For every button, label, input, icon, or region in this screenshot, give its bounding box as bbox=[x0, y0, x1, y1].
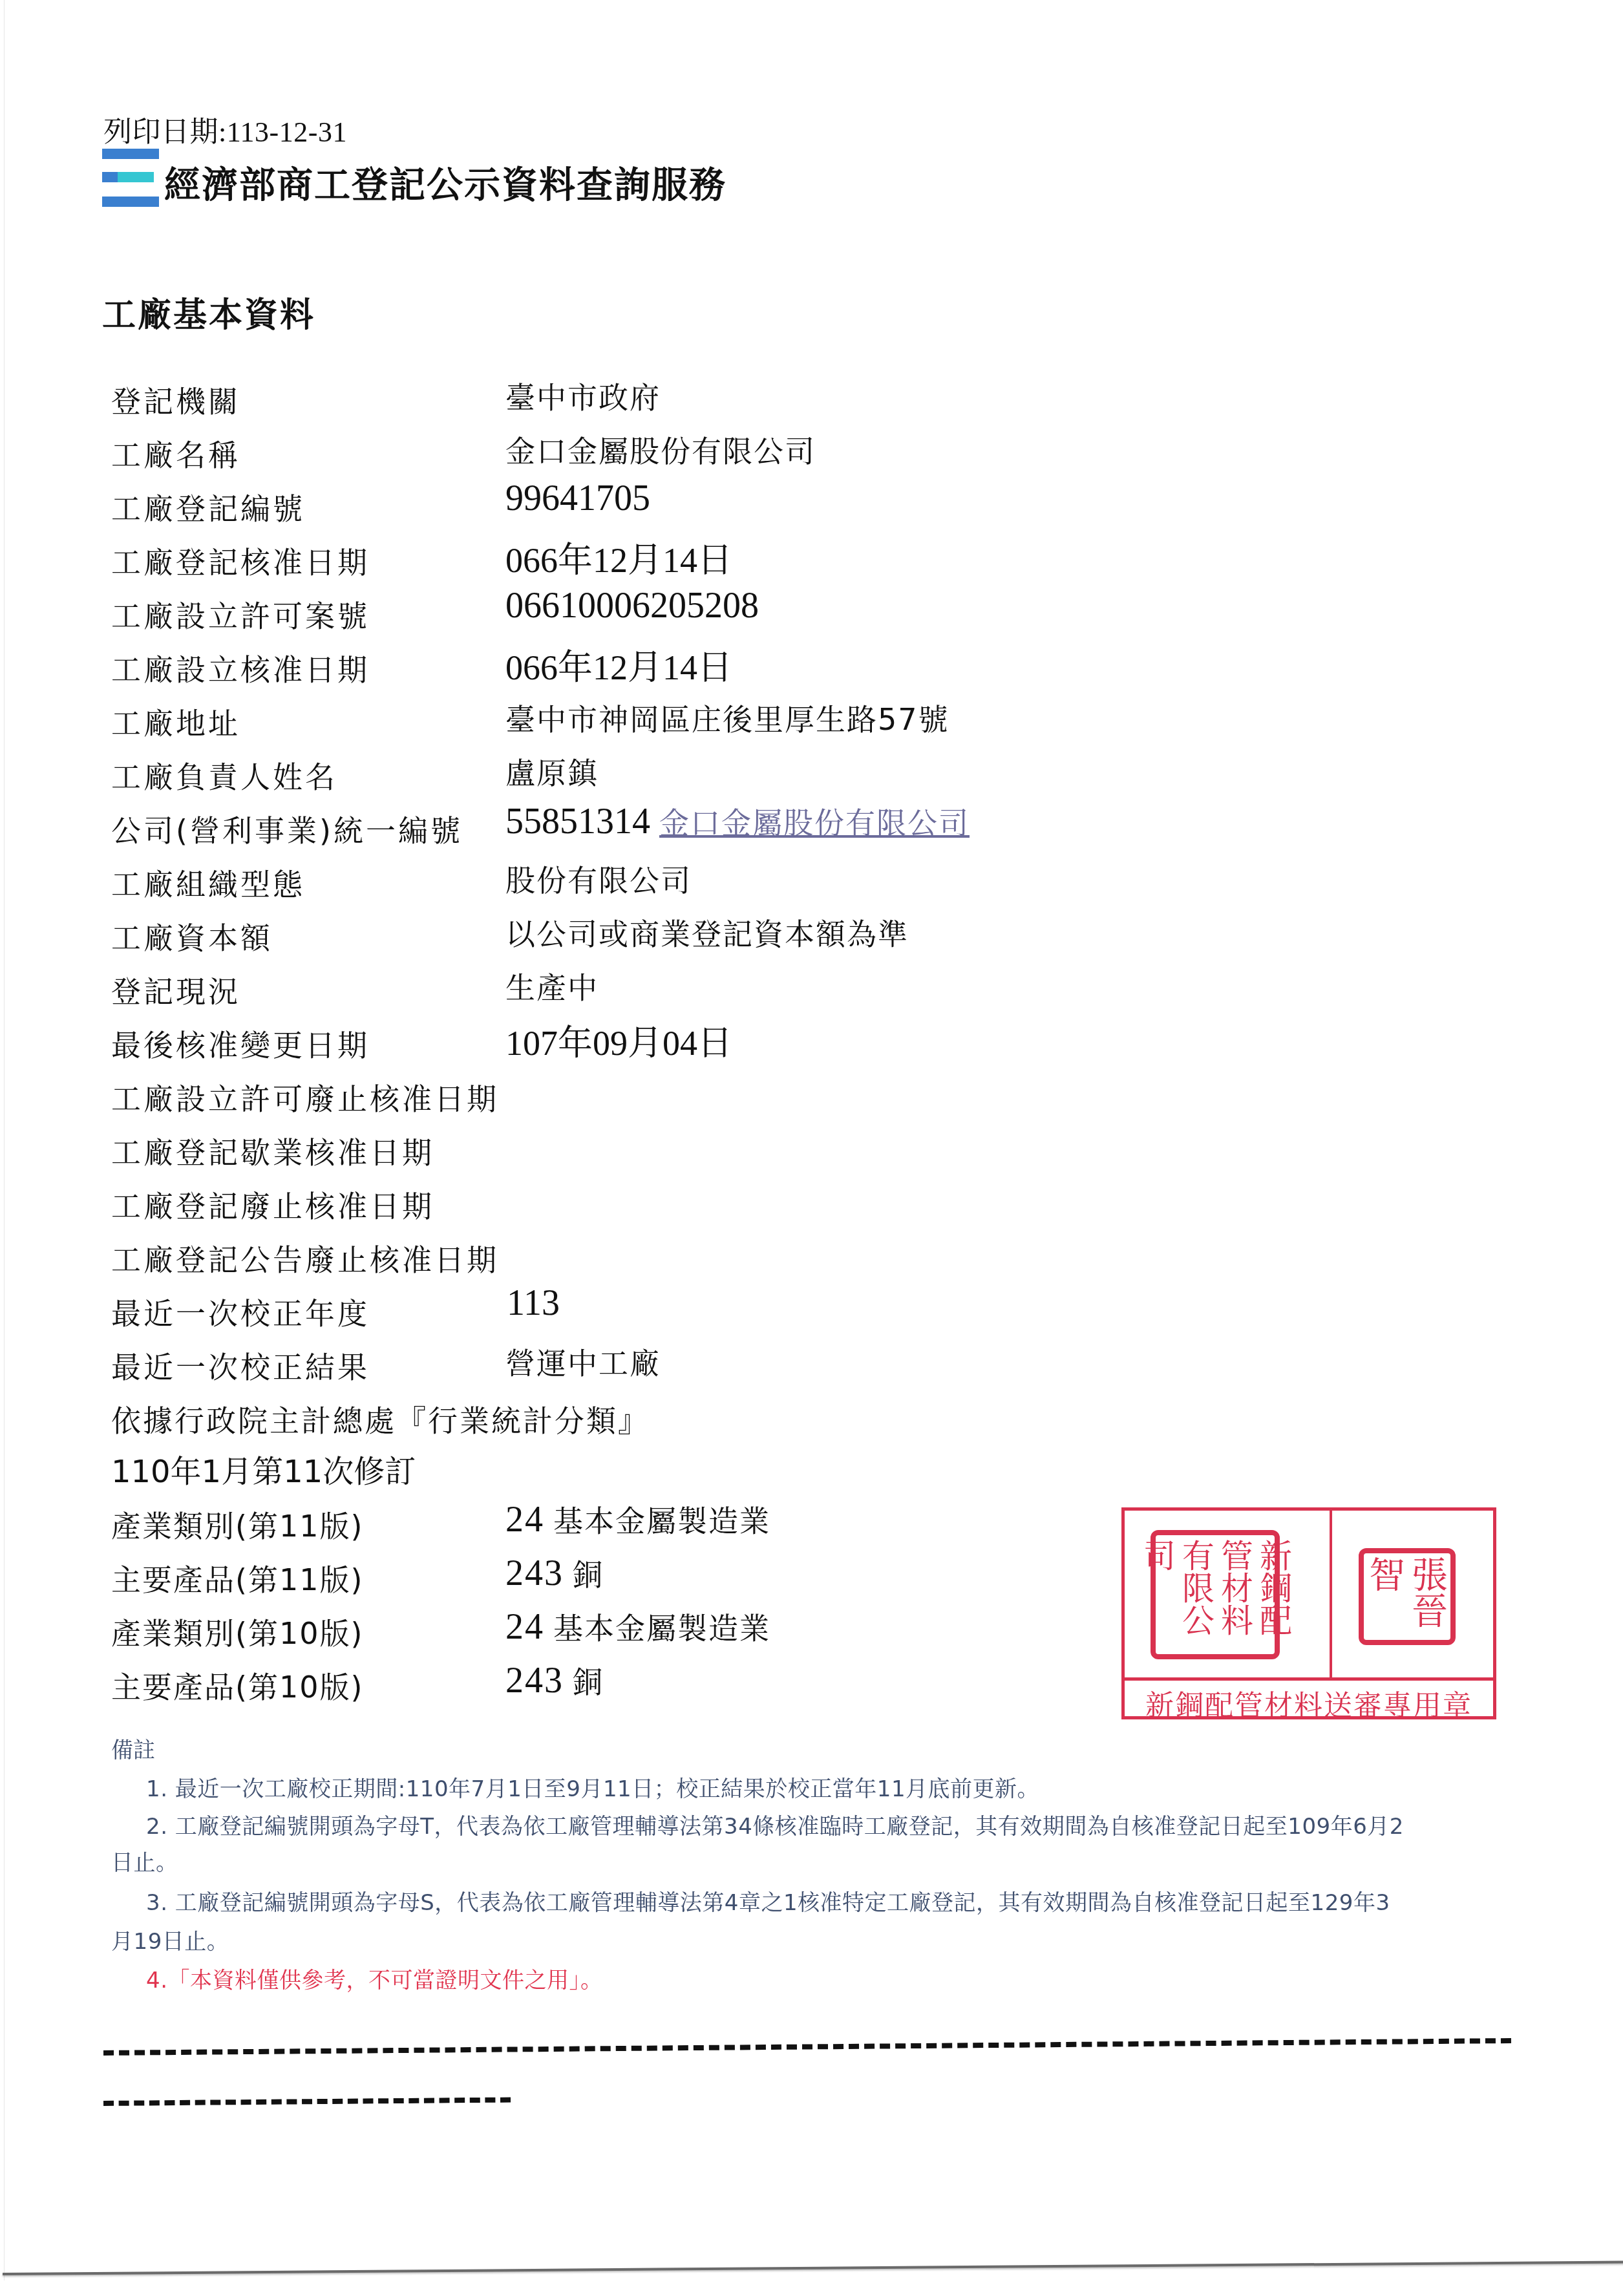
industry-label: 產業類別(第11版) bbox=[111, 1503, 363, 1546]
field-label: 工廠登記編號 bbox=[111, 485, 305, 528]
field-row-latest-calibration-year: 最近一次校正年度 113 bbox=[111, 1290, 1145, 1344]
field-row-last-change-date: 最後核准變更日期 107年09月04日 bbox=[111, 1022, 1145, 1076]
industry-label: 產業類別(第10版) bbox=[111, 1610, 363, 1653]
field-label: 工廠設立許可案號 bbox=[111, 593, 370, 635]
industry-label: 主要產品(第11版) bbox=[111, 1557, 363, 1599]
industry-code: 24 bbox=[505, 1607, 544, 1647]
industry-row: 主要產品(第11版) 243銅 bbox=[111, 1557, 1145, 1610]
logo-bar bbox=[102, 197, 159, 207]
field-label: 工廠地址 bbox=[111, 700, 240, 743]
field-value: 06610006205208 bbox=[505, 585, 759, 626]
field-value: 臺中市政府 bbox=[505, 374, 661, 417]
field-label: 最近一次校正年度 bbox=[111, 1290, 370, 1333]
field-label: 最後核准變更日期 bbox=[111, 1022, 370, 1065]
classification-revision: 110年1月第11次修訂 bbox=[111, 1447, 416, 1491]
field-label: 工廠名稱 bbox=[111, 432, 240, 474]
field-label: 登記現況 bbox=[111, 968, 240, 1011]
field-label: 工廠資本額 bbox=[111, 915, 273, 957]
red-review-stamp: 新鋼配管材料有限公司 張晉智 新鋼配管材料送審專用章 bbox=[1121, 1507, 1496, 1719]
industry-name: 銅 bbox=[573, 1557, 604, 1592]
field-value: 066年12月14日 bbox=[505, 533, 732, 582]
section-title: 工廠基本資料 bbox=[102, 288, 315, 336]
industry-label: 主要產品(第10版) bbox=[111, 1664, 363, 1706]
field-label: 工廠登記歇業核准日期 bbox=[111, 1129, 434, 1172]
field-value: 生產中 bbox=[505, 964, 599, 1007]
field-row-permit-number: 工廠設立許可案號 06610006205208 bbox=[111, 593, 1145, 646]
industry-name: 銅 bbox=[573, 1664, 604, 1699]
industry-name: 基本金屬製造業 bbox=[553, 1504, 770, 1538]
field-row-capital: 工廠資本額 以公司或商業登記資本額為準 bbox=[111, 915, 1145, 968]
industry-value: 24基本金屬製造業 bbox=[505, 1498, 770, 1540]
field-row-latest-calibration-result: 最近一次校正結果 營運中工廠 bbox=[111, 1344, 1145, 1398]
field-value: 以公司或商業登記資本額為準 bbox=[505, 911, 909, 953]
field-value: 066年12月14日 bbox=[505, 640, 732, 690]
field-row-unified-business-number: 公司(營利事業)統一編號 55851314金口金屬股份有限公司 bbox=[111, 807, 1145, 861]
industry-code: 24 bbox=[505, 1500, 544, 1540]
industry-row: 產業類別(第11版) 24基本金屬製造業 bbox=[111, 1503, 1145, 1557]
remark-item: 3. 工廠登記編號開頭為字母S，代表為依工廠管理輔導法第4章之1核准特定工廠登記… bbox=[146, 1885, 1390, 1917]
remark-item: 1. 最近一次工廠校正期間:110年7月1日至9月11日；校正結果於校正當年11… bbox=[146, 1771, 1039, 1803]
field-row-registration-authority: 登記機關 臺中市政府 bbox=[111, 378, 1145, 432]
field-label: 工廠登記核准日期 bbox=[111, 539, 370, 582]
industry-code: 243 bbox=[505, 1553, 564, 1593]
remark-item: 2. 工廠登記編號開頭為字母T，代表為依工廠管理輔導法第34條核准臨時工廠登記，… bbox=[146, 1809, 1404, 1840]
field-row-public-revocation-date: 工廠登記公告廢止核准日期 bbox=[111, 1237, 1145, 1290]
field-value: 107年09月04日 bbox=[505, 1015, 732, 1065]
field-row-registration-status: 登記現況 生產中 bbox=[111, 968, 1145, 1022]
moea-logo-icon bbox=[102, 147, 134, 209]
logo-bar bbox=[102, 172, 154, 182]
print-date: 列印日期:113-12-31 bbox=[103, 109, 347, 150]
field-row-revocation-date: 工廠登記廢止核准日期 bbox=[111, 1183, 1145, 1237]
field-label: 工廠負責人姓名 bbox=[111, 754, 337, 796]
personal-seal: 張晉智 bbox=[1359, 1548, 1456, 1645]
field-row-closure-date: 工廠登記歇業核准日期 bbox=[111, 1129, 1145, 1183]
field-label: 工廠組織型態 bbox=[111, 861, 305, 904]
industry-value: 243銅 bbox=[505, 1659, 604, 1701]
site-title: 經濟部商工登記公示資料查詢服務 bbox=[164, 156, 727, 208]
field-label: 登記機關 bbox=[111, 378, 240, 421]
page-bottom-edge bbox=[3, 2261, 1623, 2275]
industry-value: 243銅 bbox=[505, 1551, 604, 1594]
remark-item-continuation: 日止。 bbox=[111, 1845, 178, 1876]
page-edge bbox=[0, 0, 5, 2280]
dashed-separator bbox=[103, 2098, 511, 2106]
stamp-divider bbox=[1330, 1511, 1332, 1677]
field-row-permit-revocation-date: 工廠設立許可廢止核准日期 bbox=[111, 1076, 1145, 1129]
field-row-establishment-approval-date: 工廠設立核准日期 066年12月14日 bbox=[111, 646, 1145, 700]
field-label: 工廠設立許可廢止核准日期 bbox=[111, 1076, 499, 1118]
unified-number: 55851314 bbox=[505, 802, 650, 842]
field-label: 最近一次校正結果 bbox=[111, 1344, 370, 1387]
classification-source: 依據行政院主計總處『行業統計分類』 bbox=[111, 1398, 650, 1440]
industry-name: 基本金屬製造業 bbox=[553, 1611, 770, 1646]
disclaimer-remark: 4.「本資料僅供參考，不可當證明文件之用」。 bbox=[146, 1962, 602, 1994]
remarks-title: 備註 bbox=[111, 1732, 155, 1764]
field-label: 公司(營利事業)統一編號 bbox=[111, 807, 463, 850]
field-label: 工廠設立核准日期 bbox=[111, 646, 370, 689]
dashed-separator bbox=[103, 2038, 1511, 2056]
field-label: 工廠登記廢止核准日期 bbox=[111, 1183, 434, 1226]
stamp-caption: 新鋼配管材料送審專用章 bbox=[1125, 1683, 1493, 1724]
company-seal: 新鋼配管材料有限公司 bbox=[1151, 1530, 1280, 1659]
field-value: 55851314金口金屬股份有限公司 bbox=[505, 800, 970, 842]
field-value: 盧原鎮 bbox=[505, 750, 599, 792]
company-link[interactable]: 金口金屬股份有限公司 bbox=[659, 805, 970, 840]
field-row-organization-type: 工廠組織型態 股份有限公司 bbox=[111, 861, 1145, 915]
field-value: 113 bbox=[507, 1282, 560, 1324]
field-value: 臺中市神岡區庄後里厚生路57號 bbox=[505, 696, 949, 739]
field-row-registration-number: 工廠登記編號 99641705 bbox=[111, 485, 1145, 539]
industry-classification-list: 產業類別(第11版) 24基本金屬製造業 主要產品(第11版) 243銅 產業類… bbox=[111, 1503, 1145, 1717]
logo-bar bbox=[102, 149, 159, 159]
field-value: 營運中工廠 bbox=[505, 1340, 661, 1383]
industry-row: 產業類別(第10版) 24基本金屬製造業 bbox=[111, 1610, 1145, 1664]
field-value: 99641705 bbox=[505, 478, 650, 519]
industry-row: 主要產品(第10版) 243銅 bbox=[111, 1664, 1145, 1717]
field-row-address: 工廠地址 臺中市神岡區庄後里厚生路57號 bbox=[111, 700, 1145, 754]
field-value: 金口金屬股份有限公司 bbox=[505, 428, 816, 471]
field-label: 工廠登記公告廢止核准日期 bbox=[111, 1237, 499, 1279]
industry-code: 243 bbox=[505, 1661, 564, 1701]
field-value: 股份有限公司 bbox=[505, 857, 692, 900]
site-header: 經濟部商工登記公示資料查詢服務 bbox=[102, 147, 878, 209]
stamp-divider bbox=[1125, 1677, 1493, 1681]
remark-item-continuation: 月19日止。 bbox=[111, 1924, 229, 1955]
industry-value: 24基本金屬製造業 bbox=[505, 1605, 770, 1648]
factory-info-list: 登記機關 臺中市政府 工廠名稱 金口金屬股份有限公司 工廠登記編號 996417… bbox=[111, 378, 1145, 1398]
